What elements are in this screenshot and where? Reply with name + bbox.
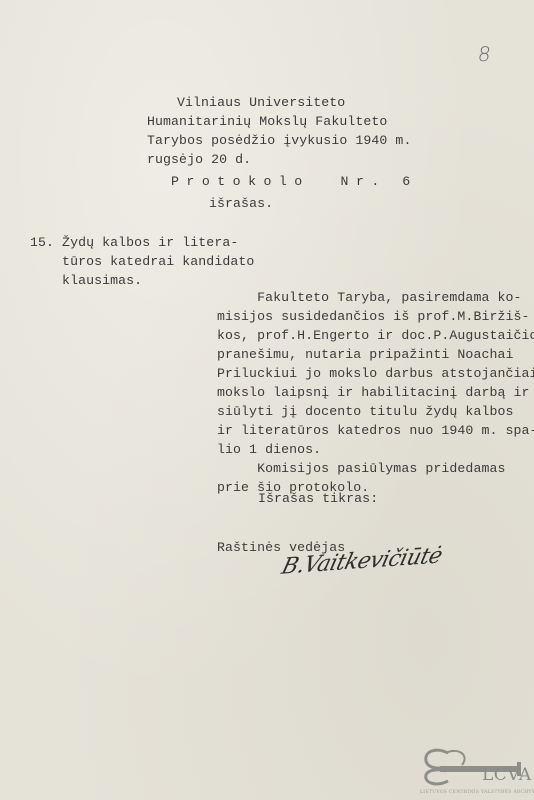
body-line: misijos susidedančios iš prof.M.Biržiš- [217, 307, 530, 326]
body-line: Komisijos pasiūlymas pridedamas [217, 459, 506, 478]
body-line: lio 1 dienos. [217, 440, 321, 459]
body-line: siūlyti jį docento titulu žydų kalbos [217, 402, 514, 421]
body-line: Fakulteto Taryba, pasiremdama ko- [217, 288, 522, 307]
body-line: pranešimu, nutaria pripažinti Noachai [217, 345, 514, 364]
archive-caption: LIETUVOS CENTRINIS VALSTYBĖS ARCHYVAS [420, 790, 534, 795]
header-university: Vilniaus Universiteto [177, 93, 345, 112]
agenda-item-line: klausimas. [30, 271, 142, 290]
archive-logo-text: LCVA [482, 765, 532, 785]
header-meeting: Tarybos posėdžio įvykusio 1940 m. [147, 131, 411, 150]
body-line: kos, prof.H.Engerto ir doc.P.Augustaičio [217, 326, 534, 345]
header-date: rugsėjo 20 d. [147, 150, 251, 169]
protocol-title: Protokolo Nr. 6 [171, 172, 418, 191]
body-line: Priluckiui jo mokslo darbus atstojančiai… [217, 364, 534, 383]
body-line: ir literatūros katedros nuo 1940 m. spa- [217, 421, 534, 440]
header-faculty: Humanitarinių Mokslų Fakulteto [147, 112, 387, 131]
agenda-item-line: tūros katedrai kandidato [30, 252, 254, 271]
protocol-subtitle: išrašas. [209, 194, 273, 213]
certification-text: Išrašas tikras: [258, 489, 378, 508]
agenda-item-line: 15. Žydų kalbos ir litera- [30, 233, 238, 252]
body-line: mokslo laipsnį ir habilitacinį darbą ir [217, 383, 530, 402]
